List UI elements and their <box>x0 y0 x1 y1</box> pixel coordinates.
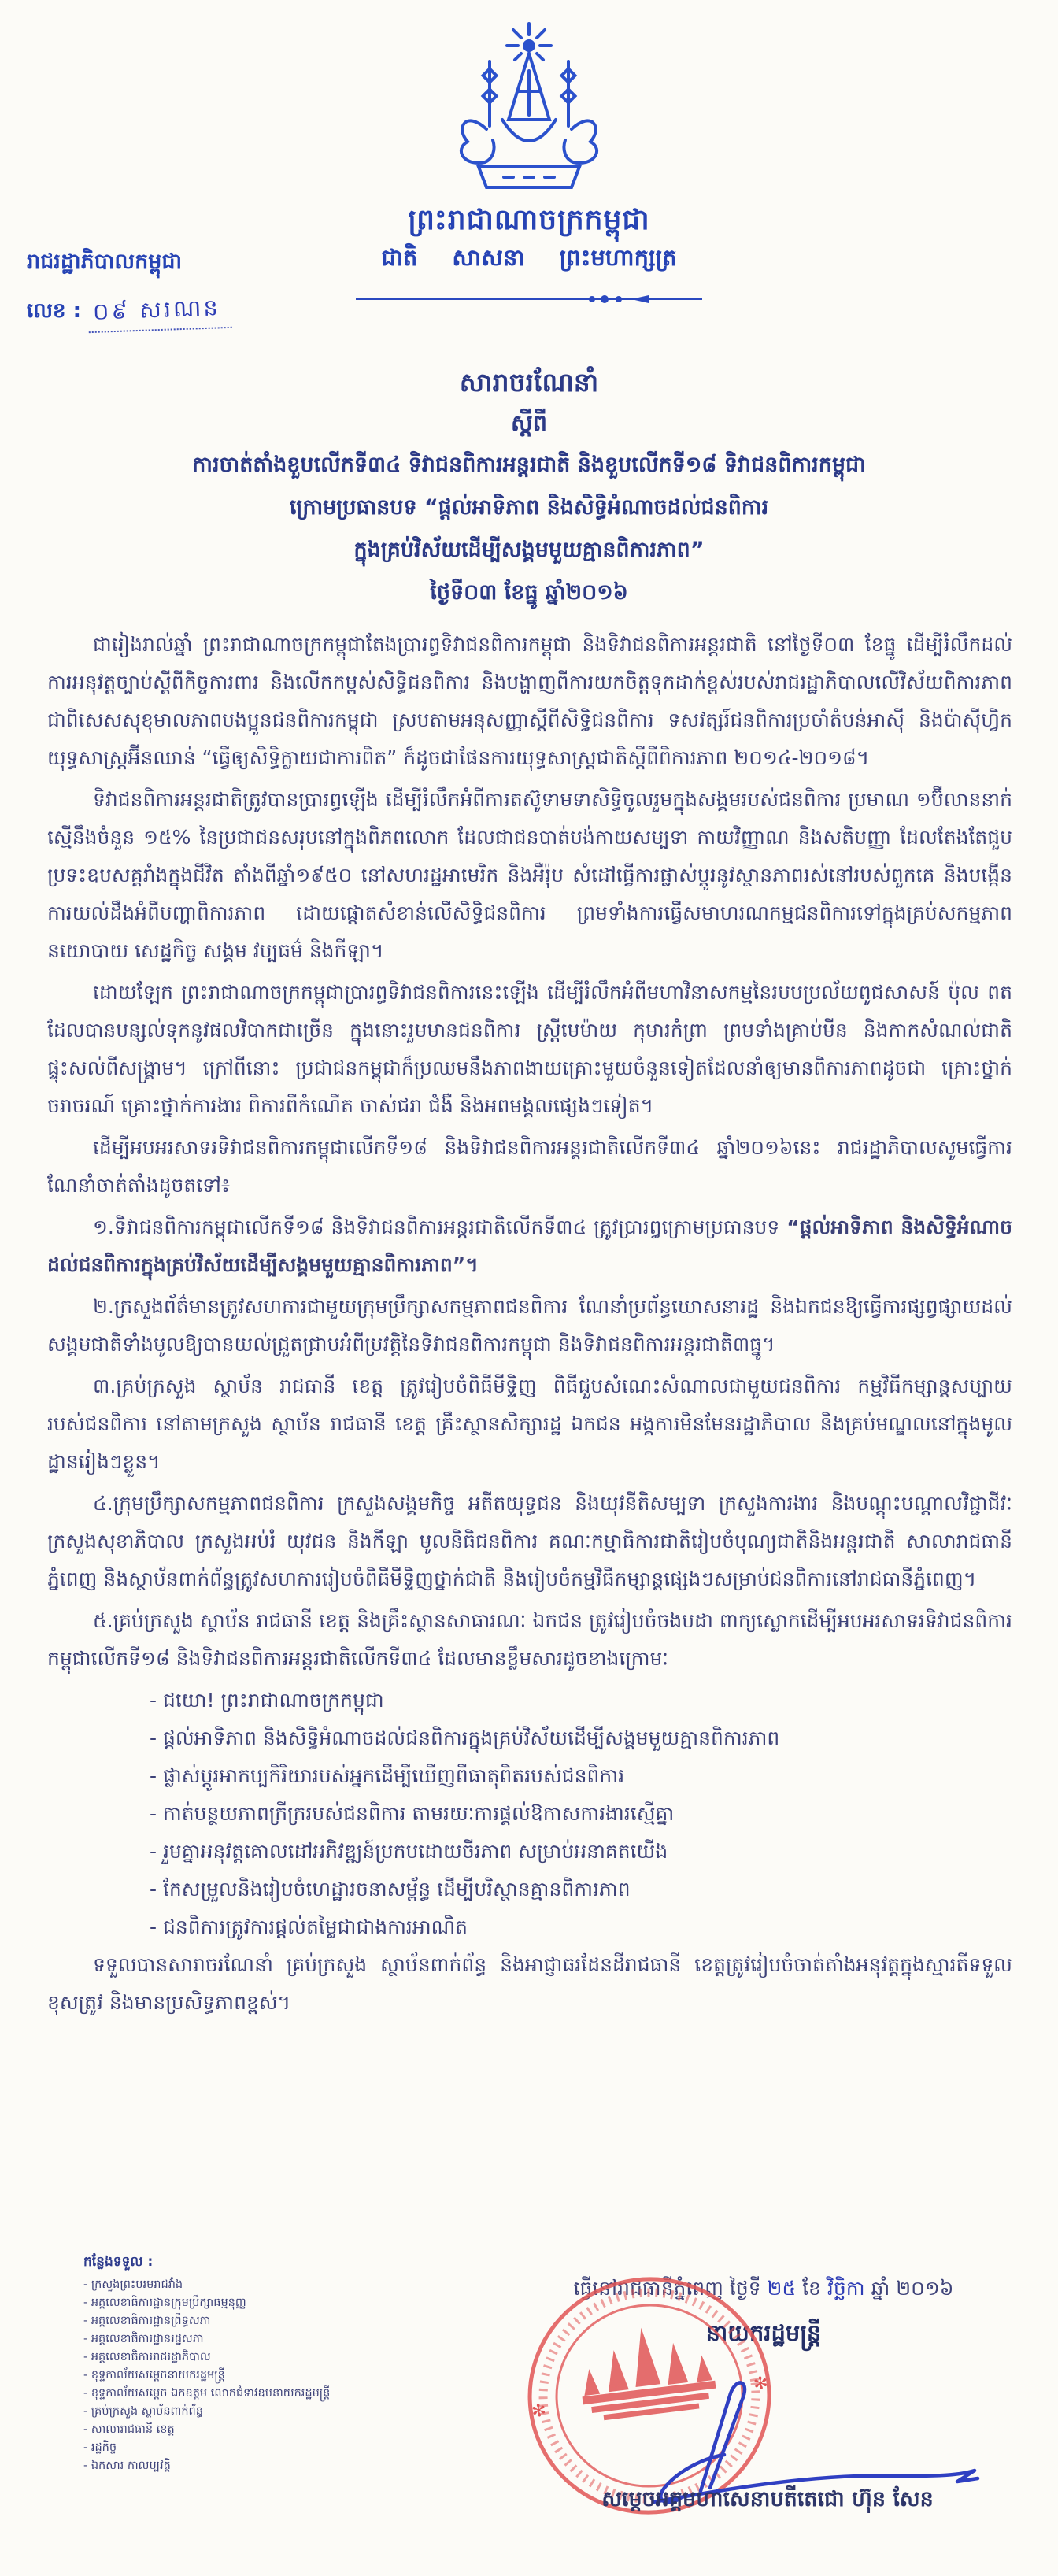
recipient-item: - អគ្គលេខាធិការដ្ឋានព្រឹទ្ធសភា <box>83 2312 461 2330</box>
recipient-item: - រដ្ឋកិច្ច <box>83 2439 461 2457</box>
subject-line-1: ការចាត់តាំងខួបលើកទី៣៤ ទិវាជនពិការអន្តរជា… <box>0 452 1058 483</box>
recipient-item: - សាលារាជធានី ខេត្ត <box>83 2421 461 2439</box>
paragraph-3: ដោយឡែក ព្រះរាជាណាចក្រកម្ពុជាប្រារព្ធទិវា… <box>47 974 1012 1125</box>
closing-paragraph: ទទួលបានសារាចរណែនាំ គ្រប់ក្រសួង ស្ថាប័នពា… <box>47 1946 1012 2022</box>
slogan-2: - ផ្តល់អាទិភាព និងសិទ្ធិអំណាចដល់ជនពិការក… <box>47 1719 1012 1757</box>
document-body: ជារៀងរាល់ឆ្នាំ ព្រះរាជាណាចក្រកម្ពុជាតែងប… <box>47 626 1012 2262</box>
signer-name: សម្តេចអគ្គមហាសេនាបតីតេជោ ហ៊ុន សែន <box>488 2486 1047 2517</box>
svg-text:✻: ✻ <box>531 2400 547 2422</box>
recipient-item: - អគ្គលេខាធិការដ្ឋានរដ្ឋសភា <box>83 2330 461 2348</box>
scroll-divider <box>356 293 702 305</box>
slogan-6: - កែសម្រួលនិងរៀបចំហេដ្ឋារចនាសម្ព័ន្ធ ដើម… <box>47 1871 1012 1908</box>
recipient-item: - អគ្គលេខាធិការរាជរដ្ឋាភិបាល <box>83 2348 461 2367</box>
circular-document-page: ព្រះរាជាណាចក្រកម្ពុជា ជាតិ សាសនា ព្រះមហា… <box>0 0 1058 2576</box>
signature-ink <box>606 2363 1015 2505</box>
recipient-item: - គ្រប់ក្រសួង ស្ថាប័នពាក់ព័ន្ធ <box>83 2403 461 2421</box>
month-label: ខែ <box>802 2277 821 2300</box>
recipients-label: កន្លែងទទួល : <box>83 2253 461 2273</box>
subject-line-2: ក្រោមប្រធានបទ “ផ្តល់អាទិភាព និងសិទ្ធិអំណ… <box>0 494 1058 525</box>
recipient-item: - ឯកសារ កាលប្បវត្តិ <box>83 2457 461 2475</box>
number-label: លេខ : <box>27 299 81 323</box>
paragraph-4: ដើម្បីអបអរសាទរទិវាជនពិការកម្ពុជាលើកទី១៨ … <box>47 1129 1012 1205</box>
recipient-item: - ខុទ្ទកាល័យសម្តេចនាយករដ្ឋមន្ត្រី <box>83 2367 461 2385</box>
paragraph-2: ទិវាជនពិការអន្តរជាតិត្រូវបានប្រារព្ធឡើង … <box>47 781 1012 970</box>
recipients-block: កន្លែងទទួល : - ក្រសួងព្រះបរមរាជវាំង - អគ… <box>83 2253 461 2475</box>
slogan-1: - ជយោ! ព្រះរាជាណាចក្រកម្ពុជា <box>47 1682 1012 1719</box>
event-date: ថ្ងៃទី០៣ ខែធ្នូ ឆ្នាំ២០១៦ <box>0 579 1058 610</box>
recipient-item: - ខុទ្ទកាល័យសម្តេច ឯកឧត្តម លោកជំទាវឧបនាយ… <box>83 2385 461 2403</box>
directive-1: ១.ទិវាជនពិការកម្ពុជាលើកទី១៨ និងទិវាជនពិក… <box>47 1208 1012 1284</box>
document-number-row: លេខ : ០៩ សរណន <box>27 296 231 331</box>
directive-5: ៥.គ្រប់ក្រសួង ស្ថាប័ន រាជធានី ខេត្ត និងគ… <box>47 1602 1012 1678</box>
directive-1-text: ១.ទិវាជនពិការកម្ពុជាលើកទី១៨ និងទិវាជនពិក… <box>93 1216 786 1238</box>
directive-3: ៣.គ្រប់ក្រសួង ស្ថាប័ន រាជធានី ខេត្ត ត្រូ… <box>47 1368 1012 1481</box>
paragraph-1: ជារៀងរាល់ឆ្នាំ ព្រះរាជាណាចក្រកម្ពុជាតែងប… <box>47 626 1012 777</box>
subject-line-3: ក្នុងគ្រប់វិស័យដើម្បីសង្គមមួយគ្មានពិការភ… <box>0 537 1058 568</box>
recipient-item: - អគ្គលេខាធិការដ្ឋានក្រុមប្រឹក្សាធម្មនុញ… <box>83 2294 461 2312</box>
recipient-item: - ក្រសួងព្រះបរមរាជវាំង <box>83 2276 461 2294</box>
regarding-label: ស្តីពី <box>0 409 1058 442</box>
government-label: រាជរដ្ឋាភិបាលកម្ពុជា <box>27 249 182 279</box>
directive-2: ២.ក្រសួងព័ត៌មានត្រូវសហការជាមួយក្រុមប្រឹក… <box>47 1288 1012 1364</box>
kingdom-title: ព្រះរាជាណាចក្រកម្ពុជា <box>0 202 1058 243</box>
slogan-3: - ផ្លាស់ប្តូរអាកប្បកិរិយារបស់អ្នកដើម្បីឃ… <box>47 1757 1012 1795</box>
slogan-4: - កាត់បន្ថយភាពក្រីក្ររបស់ជនពិការ តាមរយៈក… <box>47 1795 1012 1833</box>
document-type-title: សារាចរណែនាំ <box>0 367 1058 405</box>
royal-arms-emblem <box>438 16 620 203</box>
directive-4: ៤.ក្រុមប្រឹក្សាសកម្មភាពជនពិការ ក្រសួងសង្… <box>47 1485 1012 1598</box>
month-handwritten: វិច្ឆិកា <box>827 2277 865 2300</box>
slogan-5: - រួមគ្នាអនុវត្តគោលដៅអភិវឌ្ឍន៍ប្រកបដោយចី… <box>47 1833 1012 1871</box>
slogan-7: - ជនពិការត្រូវការផ្តល់តម្លៃជាជាងការអាណិត <box>47 1908 1012 1946</box>
year-label: ឆ្នាំ ២០១៦ <box>871 2277 953 2300</box>
number-handwritten: ០៩ សរណន <box>87 294 231 333</box>
